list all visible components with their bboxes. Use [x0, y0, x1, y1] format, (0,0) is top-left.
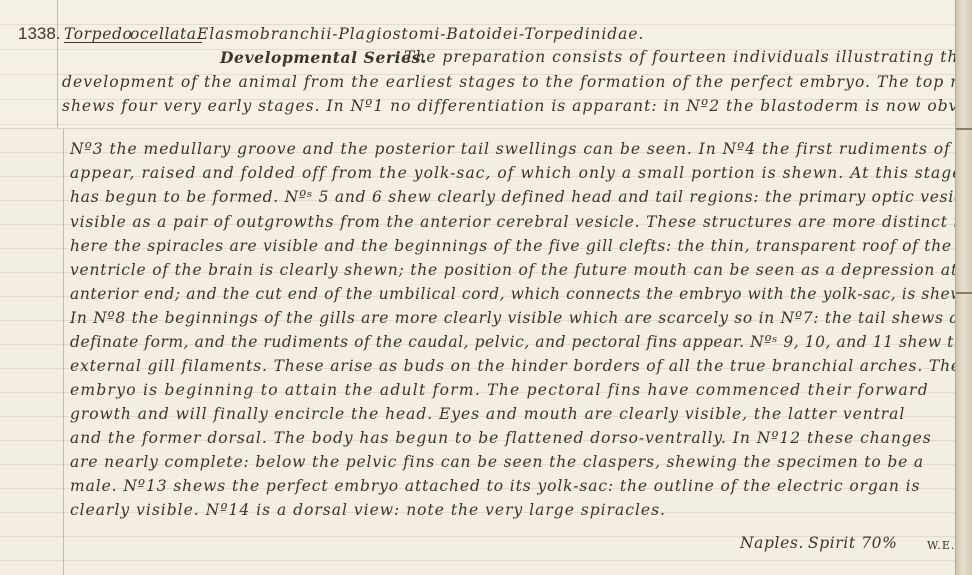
text-line-12: definate form, and the rudiments of the …: [70, 333, 972, 351]
text-line-19: clearly visible. Nº14 is a dorsal view: …: [70, 501, 666, 519]
text-line-5: appear, raised and folded off from the y…: [70, 164, 972, 182]
text-line-16: and the former dorsal. The body has begu…: [70, 429, 932, 447]
text-line-13: external gill filaments. These arise as …: [70, 357, 961, 375]
catalogue-page: 1338. Torpedo ocellata. Elasmobranchii-P…: [0, 0, 955, 575]
catalogue-number: 1338.: [18, 24, 61, 44]
text-line-18: male. Nº13 shews the perfect embryo atta…: [70, 477, 920, 495]
top-slip: 1338. Torpedo ocellata. Elasmobranchii-P…: [0, 0, 955, 129]
text-line-11: In Nº8 the beginnings of the gills are m…: [70, 309, 959, 327]
text-line-14: embryo is beginning to attain the adult …: [70, 381, 929, 399]
text-line-3: shews four very early stages. In Nº1 no …: [62, 97, 972, 115]
margin-rule: [57, 0, 58, 128]
slip-edge-mark: [956, 292, 972, 294]
preservation: Spirit 70%: [808, 534, 897, 552]
text-line-15: growth and will finally encircle the hea…: [70, 405, 905, 423]
locality: Naples.: [740, 534, 804, 552]
text-line-17: are nearly complete: below the pelvic fi…: [70, 453, 924, 471]
text-line-8: here the spiracles are visible and the b…: [70, 237, 972, 255]
slip-edge-mark: [956, 128, 972, 130]
text-line-4: Nº3 the medullary groove and the posteri…: [70, 140, 972, 158]
series-title: Developmental Series.: [220, 48, 427, 67]
genus: Torpedo: [64, 25, 132, 43]
text-line-10: anterior end; and the cut end of the umb…: [70, 285, 972, 303]
classification: Elasmobranchii-Plagiostomi-Batoidei-Torp…: [197, 25, 644, 43]
text-line-1: The preparation consists of fourteen ind…: [404, 48, 969, 66]
text-line-6: has begun to be formed. Nºˢ 5 and 6 shew…: [70, 188, 972, 206]
page-binding-edge: [955, 0, 972, 575]
lower-slip: Nº3 the medullary groove and the posteri…: [0, 129, 955, 575]
text-line-2: development of the animal from the earli…: [62, 73, 972, 91]
margin-rule: [63, 129, 64, 575]
text-line-7: visible as a pair of outgrowths from the…: [70, 213, 972, 231]
species: ocellata.: [130, 25, 202, 43]
text-line-9: ventricle of the brain is clearly shewn;…: [70, 261, 972, 279]
